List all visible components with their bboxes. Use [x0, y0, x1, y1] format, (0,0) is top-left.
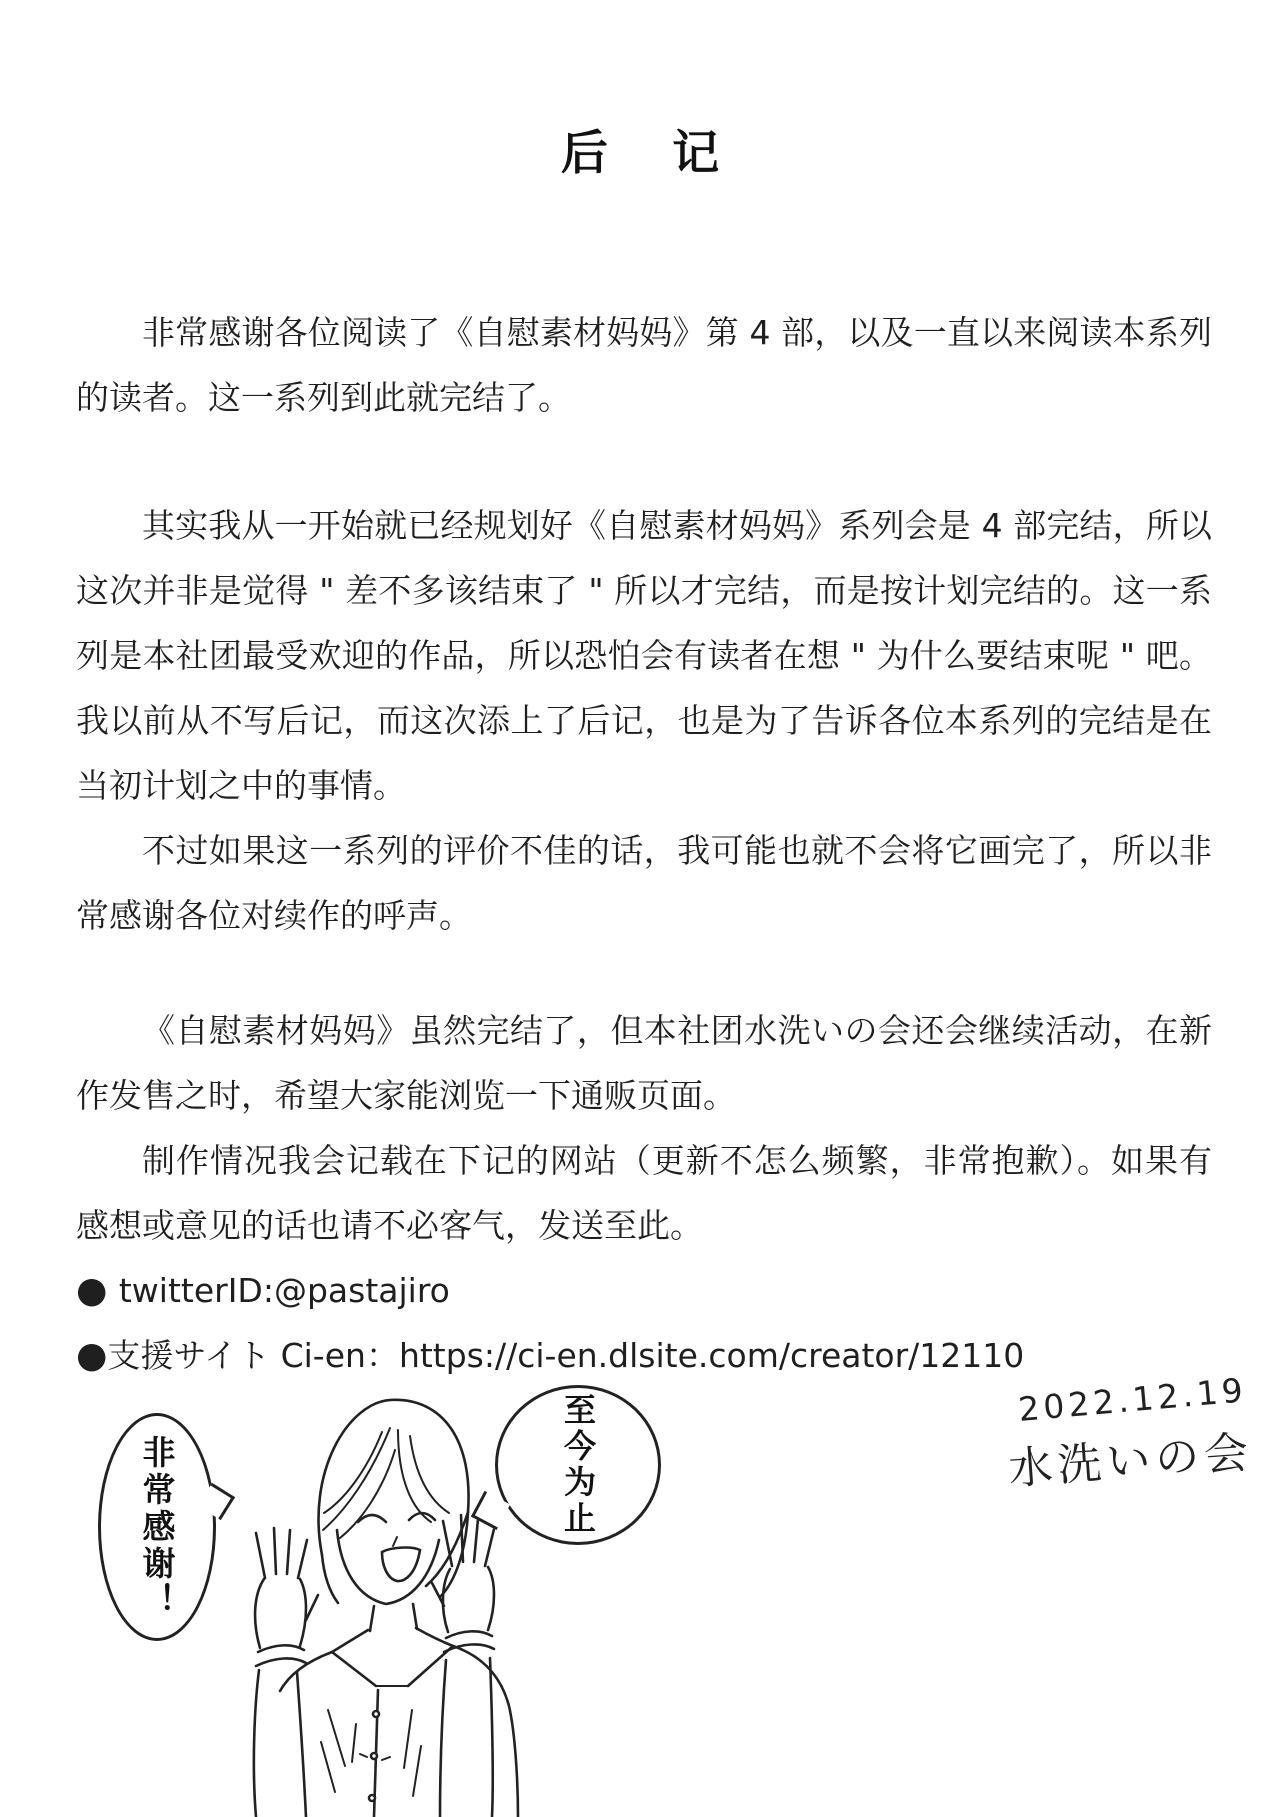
paragraph-thanks: 非常感谢各位阅读了《自慰素材妈妈》第 4 部，以及一直以来阅读本系列的读者。这一…: [76, 300, 1212, 430]
contact-cien-url-text: 支援サイト Ci-en：https://ci-en.dlsite.com/cre…: [107, 1336, 1024, 1375]
afterword-body: 非常感谢各位阅读了《自慰素材妈妈》第 4 部，以及一直以来阅读本系列的读者。这一…: [76, 300, 1212, 1388]
paragraph-reception: 不过如果这一系列的评价不佳的话，我可能也就不会将它画完了，所以非常感谢各位对续作…: [76, 818, 1212, 948]
speech-bubble-right: 至今为止: [495, 1385, 661, 1545]
speech-bubble-right-text: 至今为止: [555, 1393, 601, 1537]
speech-bubble-left-text: 非常感谢！: [134, 1435, 181, 1620]
bullet-dot-icon: ●: [76, 1335, 107, 1376]
page-title: 后 记: [0, 116, 1280, 183]
figure-head: [319, 1400, 469, 1604]
speech-bubble-left: 非常感谢！: [98, 1413, 216, 1641]
handwritten-signature: 水洗いの会: [1006, 1415, 1270, 1497]
contact-cien-row: ●支援サイト Ci-en：https://ci-en.dlsite.com/cr…: [76, 1323, 1212, 1388]
paragraph-planned-ending: 其实我从一开始就已经规划好《自慰素材妈妈》系列会是 4 部完结，所以这次并非是觉…: [76, 493, 1212, 818]
paragraph-circle-continues: 《自慰素材妈妈》虽然完结了，但本社团水洗いの会还会继续活动，在新作发售之时，希望…: [76, 998, 1212, 1128]
afterword-page: 后 记 非常感谢各位阅读了《自慰素材妈妈》第 4 部，以及一直以来阅读本系列的读…: [0, 0, 1280, 1817]
waving-woman-illustration: 非常感谢！ 至今为止: [60, 1380, 680, 1817]
paragraph-website-info: 制作情况我会记载在下记的网站（更新不怎么频繁，非常抱歉）。如果有感想或意见的话也…: [76, 1128, 1212, 1258]
figure-torso: [280, 1604, 518, 1817]
contact-twitter-row: ● twitterID:@pastajiro: [76, 1258, 1212, 1323]
contact-twitter-text: twitterID:@pastajiro: [119, 1271, 450, 1310]
figure-left-hand: [254, 1528, 318, 1817]
bullet-dot-icon: ●: [76, 1270, 119, 1311]
